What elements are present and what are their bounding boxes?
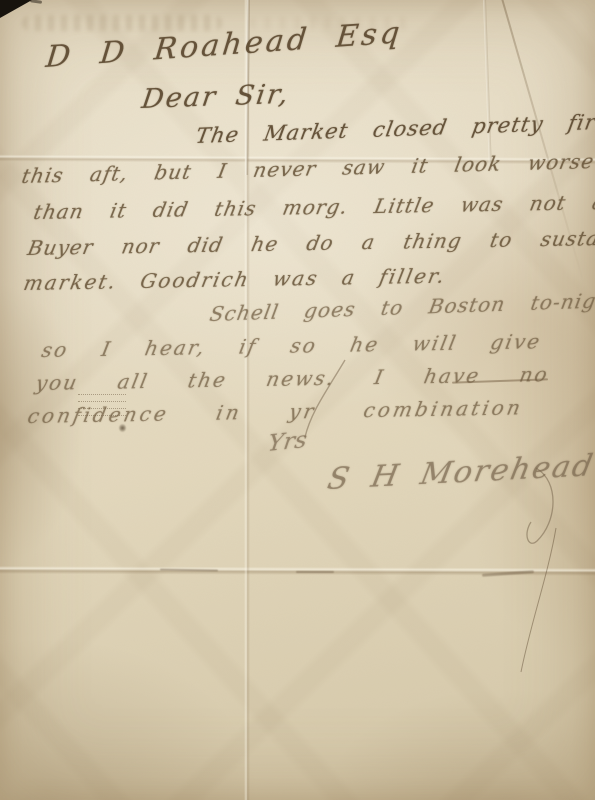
salutation: Dear Sir,: [140, 79, 292, 115]
horizontal-fold-upper: [0, 154, 595, 164]
diagonal-crease-top-right: [498, 0, 585, 286]
ink-offset-ghost-band: [22, 15, 222, 31]
body-line: Schell goes to Boston to-night: [208, 288, 595, 326]
faint-dotted-stamp-marks: [78, 388, 126, 418]
pen-flourish: [452, 378, 548, 383]
body-line: Buyer nor did he do a thing to sustain: [26, 226, 595, 260]
fold-notch: [482, 570, 534, 577]
top-edge-nick: [30, 0, 42, 4]
body-line: than it did this morg. Little was not a: [32, 190, 595, 224]
vertical-crease-right: [483, 0, 492, 170]
body-line: The Market closed pretty firm: [194, 109, 595, 148]
ink-blot: [119, 424, 126, 432]
fold-notch: [296, 571, 334, 573]
closing: Yrs: [266, 427, 308, 457]
letter-photo: D D Roahead Esq Dear Sir, The Market clo…: [0, 0, 595, 800]
body-line: so I hear, if so he will give: [40, 329, 544, 362]
signature: S H Morehead: [325, 448, 595, 497]
body-line: this aft, but I never saw it look worse: [20, 149, 595, 188]
body-line: market. Goodrich was a filler.: [22, 264, 449, 295]
ink-offset-ghost-band: [250, 17, 410, 29]
fold-notch: [160, 568, 218, 571]
vertical-fold-top-segment: [245, 0, 250, 175]
vertical-fold: [244, 0, 250, 800]
